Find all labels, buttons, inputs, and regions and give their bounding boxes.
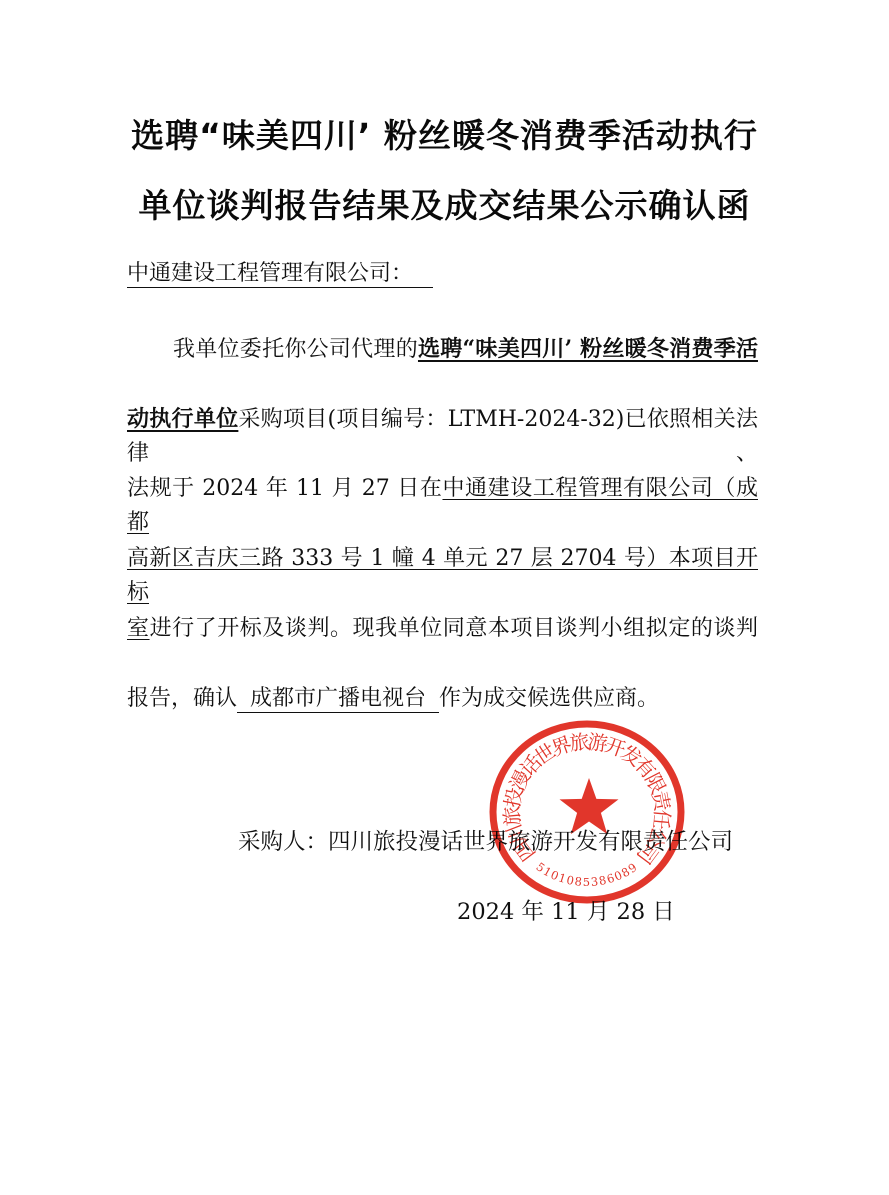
segment-plain: 法规于 2024 年 11 月 27 日在: [127, 476, 442, 501]
segment-underline: 高新区吉庆三路 333 号 1 幢 4 单元 27 层 2704 号）本项目开标: [127, 546, 758, 605]
salutation-line: 中通建设工程管理有限公司：: [127, 257, 758, 291]
body-line-4: 高新区吉庆三路 333 号 1 幢 4 单元 27 层 2704 号）本项目开标: [127, 542, 758, 576]
body-line-2: 动执行单位采购项目(项目编号：LTMH-2024-32)已依照相关法律、: [127, 402, 758, 436]
segment-plain: 我单位委托你公司代理的: [173, 337, 418, 362]
segment-bold-underline: 选聘“味美四川’ 粉丝暖冬消费季活: [418, 336, 758, 362]
salutation-text: 中通建设工程管理有限公司：: [127, 261, 433, 288]
segment-plain: 报告，确认: [127, 686, 237, 711]
seal-number-arc: 5101085386089: [533, 860, 640, 889]
body-line-6: 报告，确认成都市广播电视台作为成交候选供应商。: [127, 682, 758, 716]
segment-plain: 进行了开标及谈判。现我单位同意本项目谈判小组拟定的谈判: [150, 616, 758, 641]
segment-underline-supplier: 成都市广播电视台: [237, 686, 439, 713]
segment-underline: 室: [127, 616, 150, 641]
body-line-3: 法规于 2024 年 11 月 27 日在中通建设工程管理有限公司（成都: [127, 472, 758, 506]
segment-plain: 作为成交候选供应商。: [439, 686, 659, 711]
document-page: 选聘“味美四川’ 粉丝暖冬消费季活动执行 单位谈判报告结果及成交结果公示确认函 …: [0, 0, 889, 1195]
body-line-1: 我单位委托你公司代理的选聘“味美四川’ 粉丝暖冬消费季活: [127, 332, 758, 366]
body-line-5: 室进行了开标及谈判。现我单位同意本项目谈判小组拟定的谈判: [127, 612, 758, 646]
official-seal-stamp: 四川旅投漫话世界旅游开发有限责任公司 5101085386089: [488, 720, 686, 908]
document-title-line-2: 单位谈判报告结果及成交结果公示确认函: [0, 186, 889, 226]
document-title-line-1: 选聘“味美四川’ 粉丝暖冬消费季活动执行: [0, 116, 889, 156]
seal-star-icon: [560, 778, 619, 834]
segment-bold-underline: 动执行单位: [127, 406, 238, 432]
